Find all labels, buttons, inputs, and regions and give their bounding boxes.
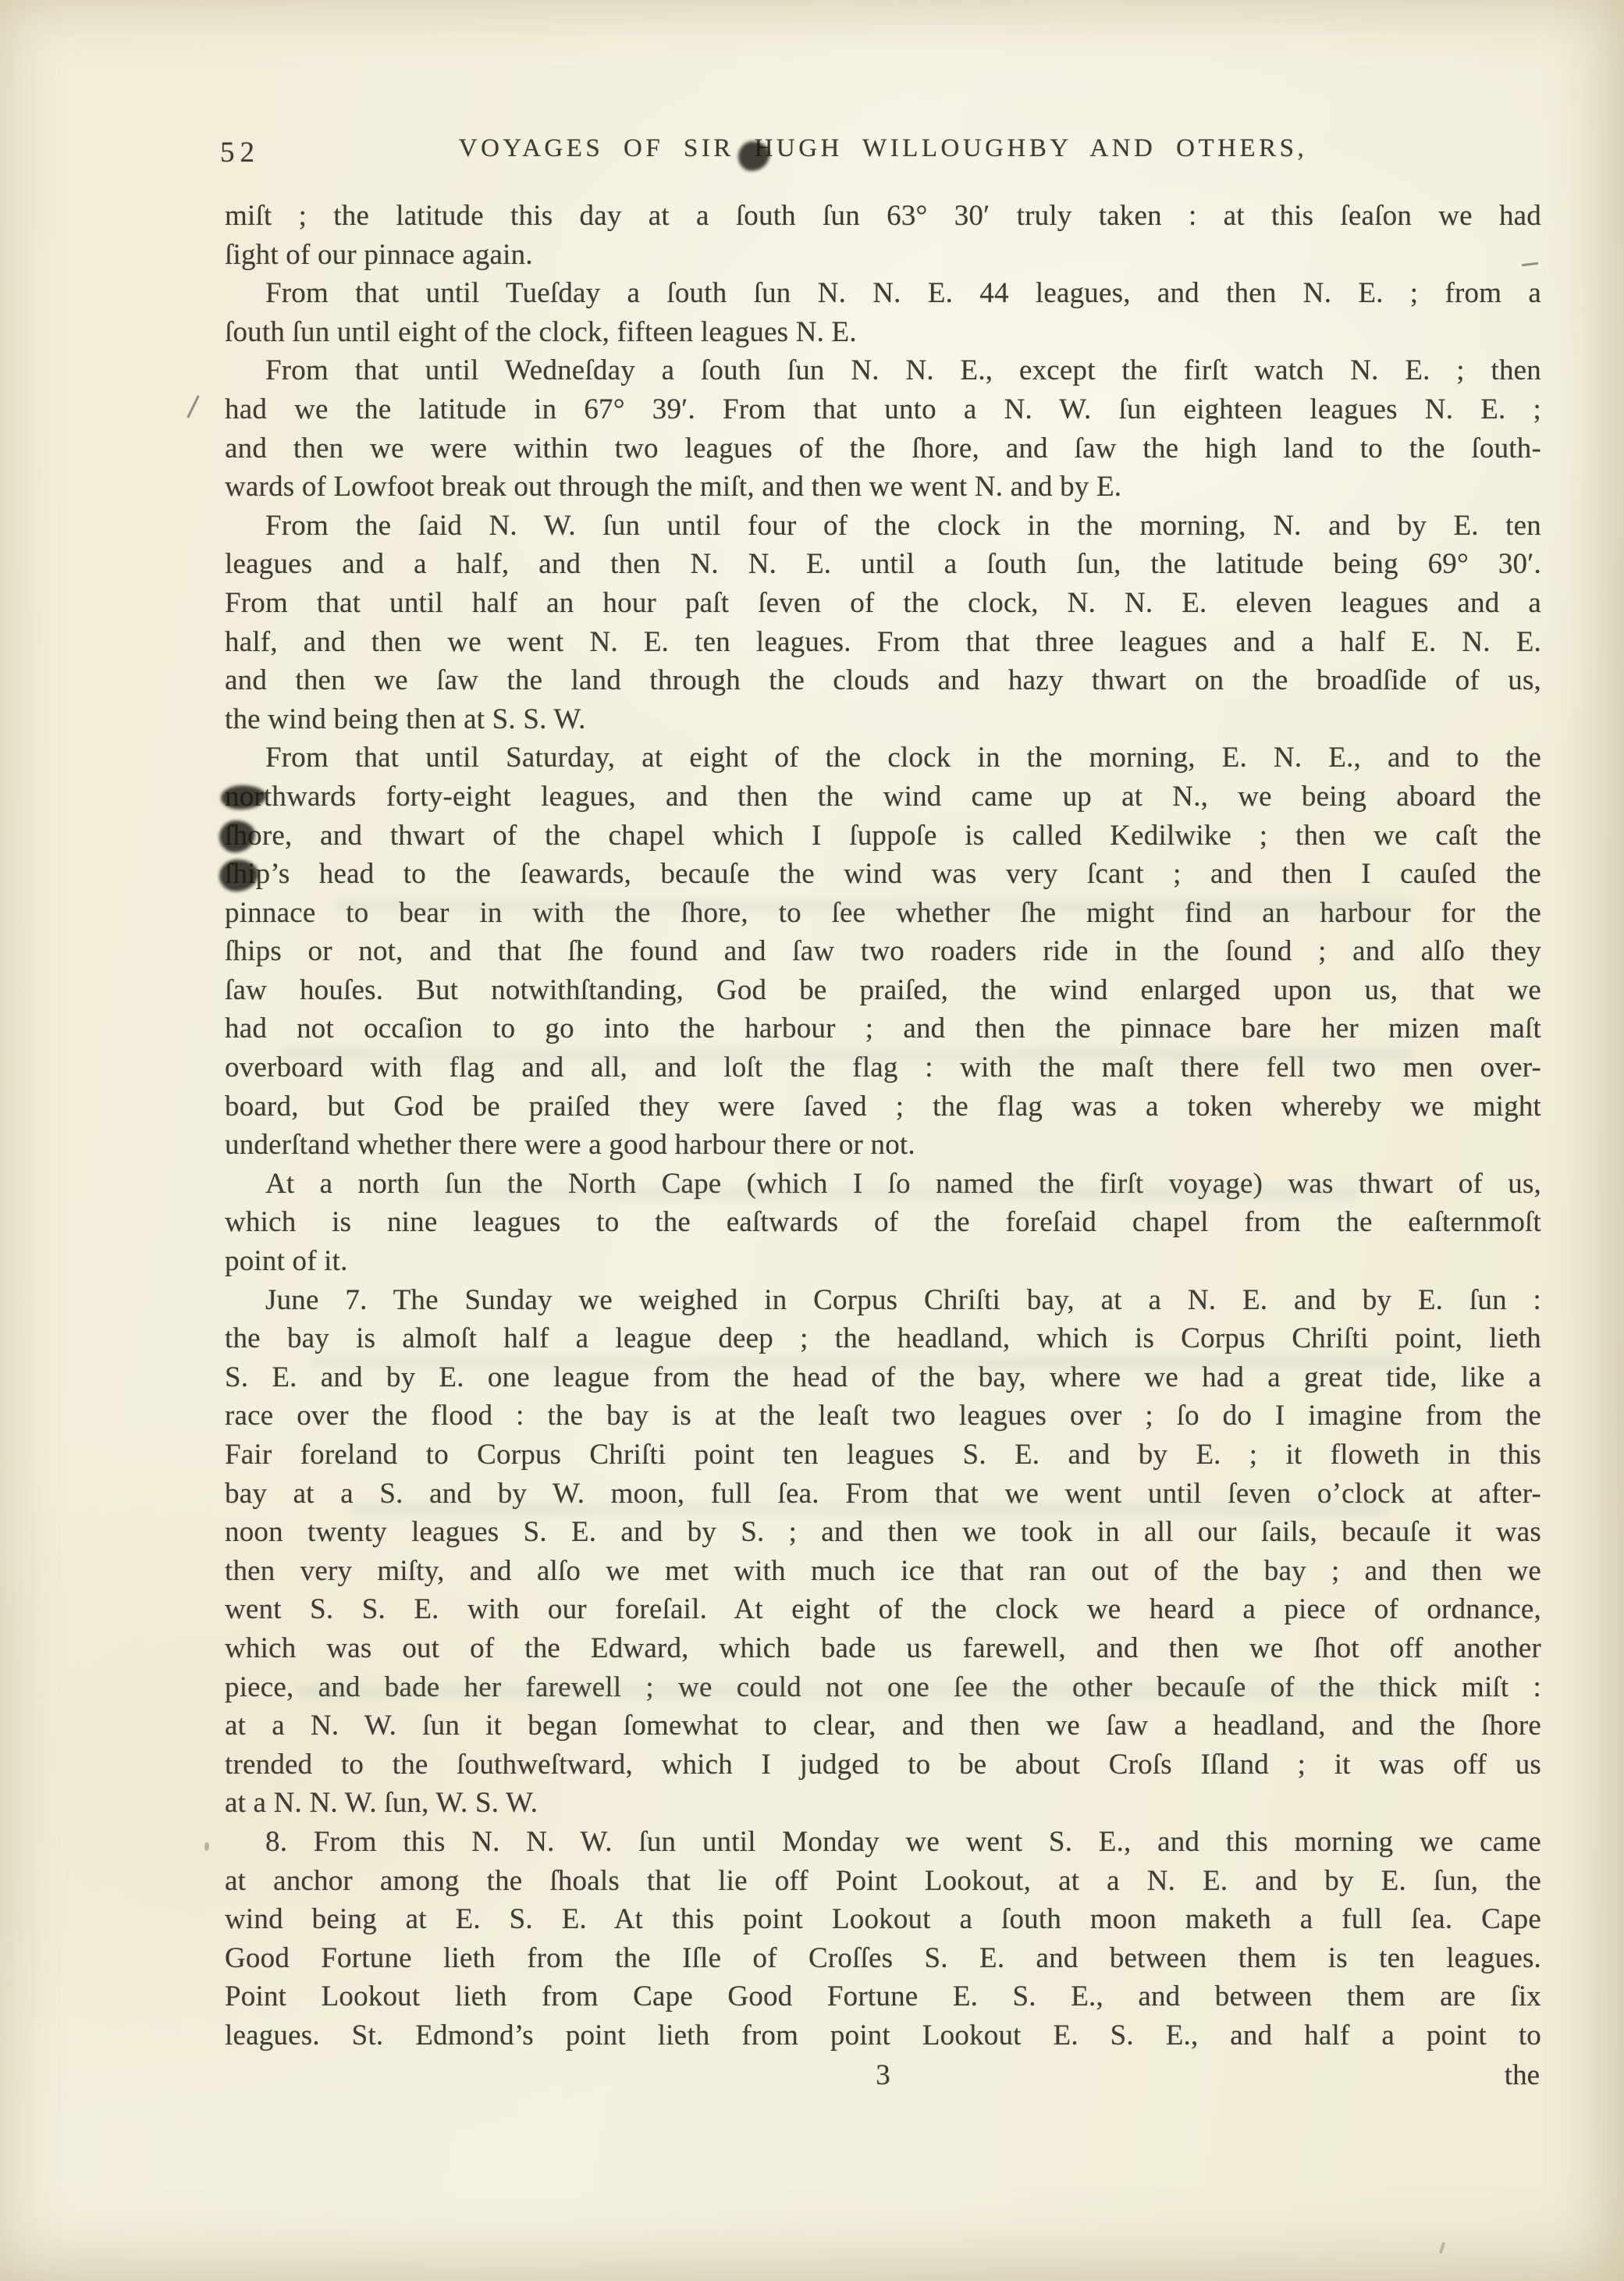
text-line: From that until half an hour paſt ſeven … xyxy=(225,584,1541,623)
text-line: ſouth ſun until eight of the clock, fift… xyxy=(225,313,1541,352)
text-line: then very miſty, and alſo we met with mu… xyxy=(225,1552,1541,1591)
page-show-through xyxy=(281,1048,1413,1061)
text-line: underſtand whether there were a good har… xyxy=(225,1126,1541,1165)
text-line: half, and then we went N. E. ten leagues… xyxy=(225,623,1541,662)
text-line: which was out of the Edward, which bade … xyxy=(225,1629,1541,1668)
running-header-title: VOYAGES OF SIR HUGH WILLOUGHBY AND OTHER… xyxy=(225,134,1541,163)
page-show-through xyxy=(406,1187,1358,1200)
text-line: miſt ; the latitude this day at a ſouth … xyxy=(225,197,1541,236)
text-line: the wind being then at S. S. W. xyxy=(225,700,1541,739)
page-show-through xyxy=(351,1503,1389,1516)
text-line: which is nine leagues to the eaſtwards o… xyxy=(225,1203,1541,1242)
text-line: race over the flood : the bay is at the … xyxy=(225,1397,1541,1436)
text-line: ſhips or not, and that ſhe found and ſaw… xyxy=(225,932,1541,971)
text-line: and then we were within two leagues of t… xyxy=(225,429,1541,468)
text-line: ſaw houſes. But notwithſtanding, God be … xyxy=(225,971,1541,1010)
text-line: Point Lookout lieth from Cape Good Fortu… xyxy=(225,1977,1541,2016)
page-number: 52 xyxy=(220,136,260,169)
text-line: had not occaſion to go into the harbour … xyxy=(225,1009,1541,1048)
text-line: 8. From this N. N. W. ſun until Monday w… xyxy=(225,1823,1541,1862)
text-line: the bay is almoſt half a league deep ; t… xyxy=(225,1319,1541,1358)
text-line: June 7. The Sunday we weighed in Corpus … xyxy=(225,1281,1541,1320)
text-line: From that until Tueſday a ſouth ſun N. N… xyxy=(225,274,1541,313)
text-line: wind being at E. S. E. At this point Loo… xyxy=(225,1900,1541,1939)
text-line: at anchor among the ſhoals that lie off … xyxy=(225,1862,1541,1901)
page-show-through xyxy=(336,899,1413,913)
text-line: board, but God be praiſed they were ſave… xyxy=(225,1087,1541,1126)
text-line: leagues. St. Edmond’s point lieth from p… xyxy=(225,2016,1541,2055)
stray-mark xyxy=(1439,2242,1445,2254)
stray-mark xyxy=(204,1842,209,1851)
text-line: ſhore, and thwart of the chapel which I … xyxy=(225,817,1541,856)
text-line: point of it. xyxy=(225,1242,1541,1281)
text-line: Good Fortune lieth from the Iſle of Croſ… xyxy=(225,1939,1541,1978)
text-line: ſight of our pinnace again. xyxy=(225,236,1541,275)
text-line: From the ſaid N. W. ſun until four of th… xyxy=(225,507,1541,546)
signature-mark: 3 xyxy=(225,2056,1541,2095)
text-line: went S. S. E. with our foreſail. At eigh… xyxy=(225,1590,1541,1629)
running-header: 52 VOYAGES OF SIR HUGH WILLOUGHBY AND OT… xyxy=(225,134,1541,176)
text-line: at a N. N. W. ſun, W. S. W. xyxy=(225,1784,1541,1823)
text-line: had we the latitude in 67° 39′. From tha… xyxy=(225,390,1541,429)
page-footer: 3 the xyxy=(225,2056,1541,2097)
text-line: noon twenty leagues S. E. and by S. ; an… xyxy=(225,1513,1541,1552)
page-show-through xyxy=(297,1685,1405,1698)
text-line: at a N. W. ſun it began ſomewhat to clea… xyxy=(225,1706,1541,1745)
text-line: From that until Wedneſday a ſouth ſun N.… xyxy=(225,351,1541,390)
text-line: Fair foreland to Corpus Chriſti point te… xyxy=(225,1436,1541,1475)
book-page: 52 VOYAGES OF SIR HUGH WILLOUGHBY AND OT… xyxy=(0,0,1624,2281)
text-line: From that until Saturday, at eight of th… xyxy=(225,738,1541,778)
text-line: leagues and a half, and then N. N. E. un… xyxy=(225,545,1541,584)
text-line: ſhip’s head to the ſeawards, becauſe the… xyxy=(225,855,1541,894)
catchword: the xyxy=(1505,2056,1540,2095)
text-line: northwards forty-eight leagues, and then… xyxy=(225,778,1541,817)
text-block: miſt ; the latitude this day at a ſouth … xyxy=(225,197,1541,2097)
text-line: wards of Lowfoot break out through the m… xyxy=(225,468,1541,507)
text-line: trended to the ſouthweſtward, which I ju… xyxy=(225,1745,1541,1785)
stray-mark xyxy=(187,395,200,418)
text-line: and then we ſaw the land through the clo… xyxy=(225,661,1541,700)
page-show-through xyxy=(312,1355,1405,1368)
